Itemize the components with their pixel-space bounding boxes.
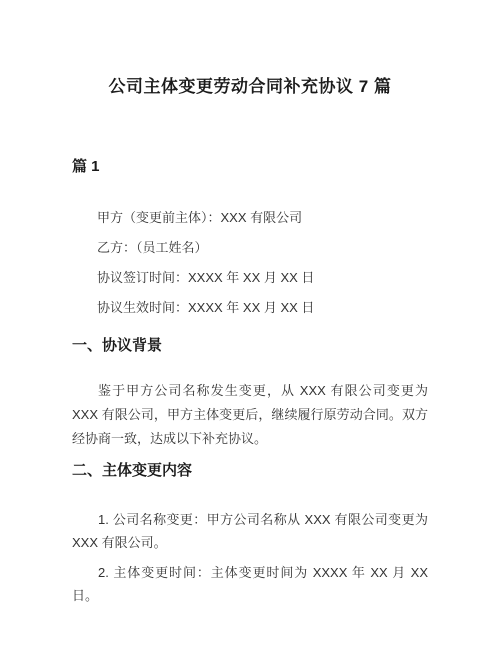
party-a-line: 甲方（变更前主体）：XXX 有限公司	[72, 203, 428, 233]
section-heading-pian-1: 篇 1	[72, 156, 428, 178]
document-page: 公司主体变更劳动合同补充协议 7 篇 篇 1 甲方（变更前主体）：XXX 有限公…	[0, 0, 500, 647]
clause-2-item-1: 1. 公司名称变更：甲方公司名称从 XXX 有限公司变更为 XXX 有限公司。	[72, 508, 428, 554]
clause-2-item-2: 2. 主体变更时间：主体变更时间为 XXXX 年 XX 月 XX 日。	[72, 561, 428, 607]
document-title: 公司主体变更劳动合同补充协议 7 篇	[72, 75, 428, 99]
agreement-effective-date-line: 协议生效时间：XXXX 年 XX 月 XX 日	[72, 293, 428, 323]
clause-2-heading: 二、主体变更内容	[72, 460, 428, 482]
clause-1-paragraph: 鉴于甲方公司名称发生变更，从 XXX 有限公司变更为 XXX 有限公司，甲方主体…	[72, 379, 428, 451]
agreement-sign-date-line: 协议签订时间：XXXX 年 XX 月 XX 日	[72, 263, 428, 293]
party-b-line: 乙方：（员工姓名）	[72, 233, 428, 263]
clause-1-heading: 一、协议背景	[72, 335, 428, 357]
